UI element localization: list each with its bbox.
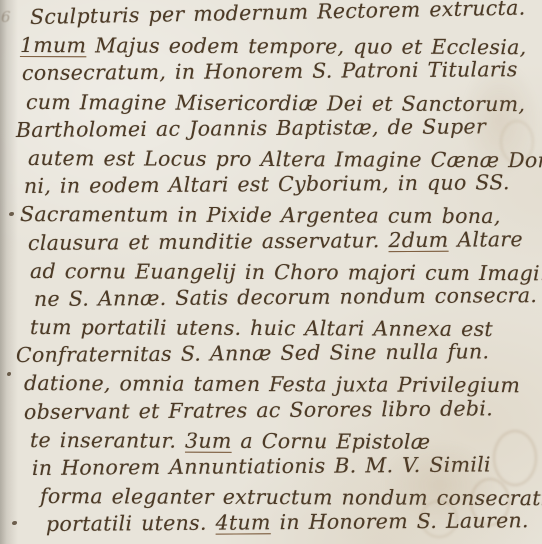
manuscript-page: 6 Sculpturis per modernum Rectorem extru… — [0, 0, 542, 544]
manuscript-line: ne S. Annæ. Satis decorum nondum consecr… — [34, 281, 540, 313]
text-segment: observant et Fratres ac Sorores libro de… — [24, 396, 493, 424]
underlined-word: 3um — [185, 428, 232, 452]
ink-speck — [9, 212, 14, 216]
underlined-word: 2dum — [388, 227, 448, 251]
text-segment: Sacramentum in Pixide Argentea cum bona, — [20, 202, 501, 228]
text-segment: Sculpturis per modernum Rectorem extruct… — [30, 0, 526, 29]
ink-showthrough-smudge — [380, 440, 500, 530]
text-segment: ne S. Annæ. Satis decorum nondum consecr… — [34, 283, 537, 311]
ink-speck — [7, 372, 11, 376]
underlined-word: 4tum — [215, 511, 270, 535]
manuscript-line: clausura et munditie asservatur. 2dum Al… — [28, 224, 540, 256]
text-segment: te inserantur. — [30, 428, 185, 453]
text-segment: Altare — [448, 227, 523, 252]
text-segment: portatili utens. — [46, 511, 216, 536]
ink-speck — [12, 521, 17, 525]
text-segment: ni, in eodem Altari est Cyborium, in quo… — [24, 170, 510, 198]
ink-showthrough-smudge — [460, 60, 540, 180]
text-segment: Bartholomei ac Joannis Baptistæ, de Supe… — [16, 114, 486, 142]
text-segment: Confraternitas S. Annæ Sed Sine nulla fu… — [16, 340, 489, 368]
underlined-word: 1mum — [20, 33, 86, 57]
manuscript-line: Confraternitas S. Annæ Sed Sine nulla fu… — [16, 337, 540, 369]
manuscript-line: Sculpturis per modernum Rectorem extruct… — [30, 0, 540, 31]
margin-page-mark: 6 — [1, 8, 11, 26]
text-segment: consecratum, in Honorem S. Patroni Titul… — [22, 57, 518, 85]
manuscript-line: observant et Fratres ac Sorores libro de… — [24, 394, 540, 426]
text-segment: clausura et munditie asservatur. — [28, 228, 389, 255]
text-segment: datione, omnia tamen Festa juxta Privile… — [24, 371, 520, 397]
